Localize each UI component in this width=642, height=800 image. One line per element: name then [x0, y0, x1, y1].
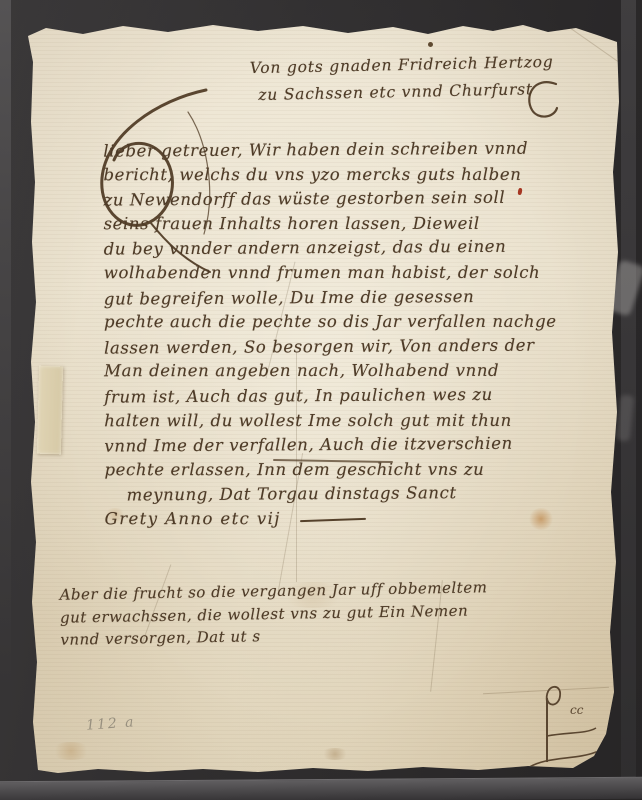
ink-fleck: [428, 42, 433, 47]
manuscript-line: frum ist, Auch das gut, In paulichen wes…: [104, 382, 557, 410]
registrar-cipher-mark: cc 178: [516, 678, 620, 782]
mat-edge-highlight-left: [0, 0, 11, 690]
manuscript-line: bericht, welchs du vns yzo mercks guts h…: [103, 162, 556, 187]
stain: [320, 748, 350, 760]
cipher-superscript: cc: [570, 703, 584, 717]
letter-body: lieber getreuer, Wir haben dein schreibe…: [103, 137, 557, 532]
header-line: zu Sachssen etc vnnd Churfurst: [258, 76, 554, 109]
manuscript-line: lassen werden, So besorgen wir, Von ande…: [104, 333, 557, 361]
corner-fold-crease: [545, 10, 631, 70]
manuscript-line: vnnd Ime der verfallen, Auch die itzvers…: [104, 432, 557, 460]
mat-edge-bar-bottom: [0, 777, 642, 800]
pencil-folio-number: 112 a: [86, 714, 137, 733]
manuscript-line: gut begreifen wolle, Du Ime die gesessen: [104, 284, 557, 312]
manuscript-line: meynung, Dat Torgau dinstags Sanct: [126, 481, 557, 509]
manuscript-page: Von gots gnaden Fridreich Hertzog zu Sac…: [28, 22, 620, 774]
manuscript-line: seins frauen Inhalts horen lassen, Diewe…: [104, 212, 557, 237]
tape-repair-strip: [37, 366, 63, 455]
mat-edge-highlight-right: [621, 0, 636, 782]
manuscript-line: halten will, du wollest Ime solch gut mi…: [104, 408, 557, 433]
manuscript-line: wolhabenden vnnd frumen man habist, der …: [104, 261, 557, 286]
manuscript-line: lieber getreuer, Wir haben dein schreibe…: [103, 136, 556, 164]
letter-header: Von gots gnaden Fridreich Hertzog zu Sac…: [249, 49, 554, 109]
manuscript-line: Man deinen angeben nach, Wolhabend vnnd: [104, 359, 557, 384]
manuscript-line: pechte erlassen, Inn dem geschicht vns z…: [104, 458, 557, 483]
stain: [50, 742, 92, 760]
manuscript-dateline: Grety Anno etc vij: [105, 507, 558, 532]
photographed-manuscript: Von gots gnaden Fridreich Hertzog zu Sac…: [0, 0, 642, 800]
manuscript-line: pechte auch die pechte so dis Jar verfal…: [104, 310, 557, 335]
manuscript-line: du bey vnnder andern anzeigst, das du ei…: [104, 235, 557, 263]
manuscript-line: zu Newendorff das wüste gestorben sein s…: [103, 186, 556, 214]
letter-postscript: Aber die frucht so die vergangen Jar uff…: [59, 576, 488, 651]
